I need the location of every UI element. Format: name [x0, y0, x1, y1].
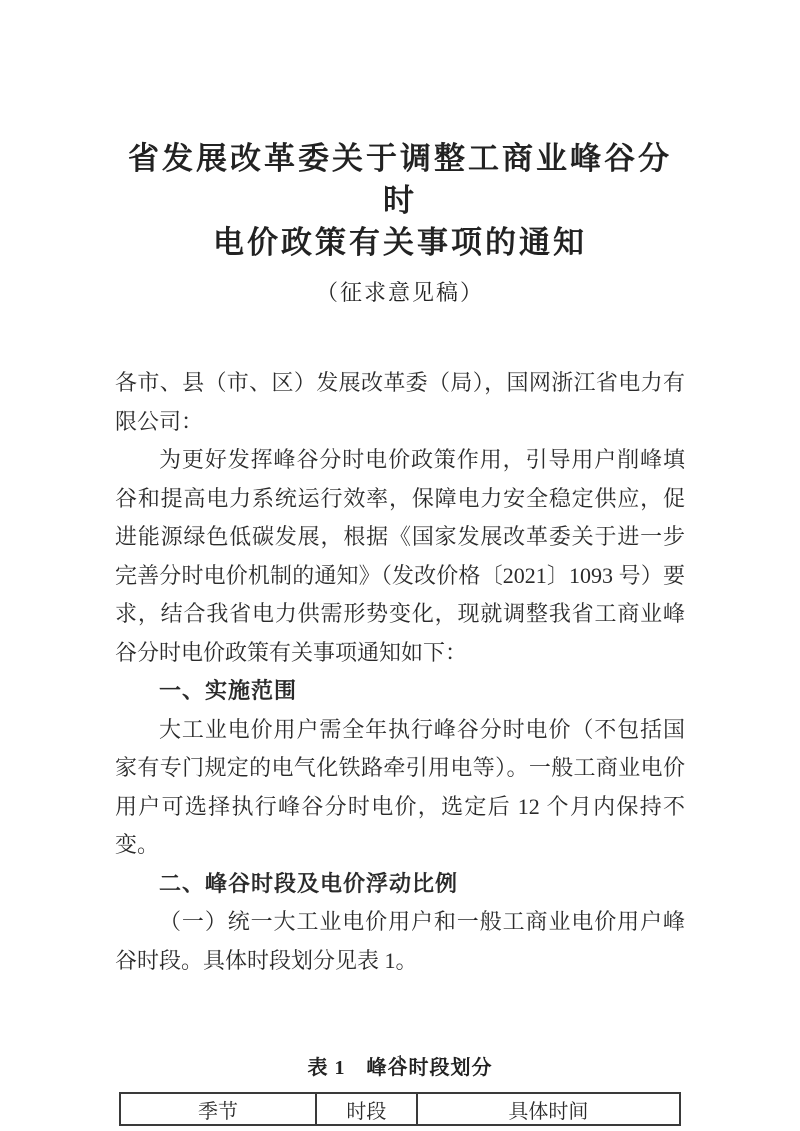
table-header-period: 时段 [316, 1093, 417, 1125]
title-line-2: 电价政策有关事项的通知 [115, 222, 685, 264]
salutation-line: 各市、县（市、区）发展改革委（局），国网浙江省电力有限公司： [115, 364, 685, 441]
table-header-season: 季节 [120, 1093, 316, 1125]
paragraph-periods: （一）统一大工业电价用户和一般工商业电价用户峰谷时段。具体时段划分见表 1。 [115, 903, 685, 980]
peak-valley-table: 季节 时段 具体时间 [119, 1092, 681, 1126]
paragraph-scope: 大工业电价用户需全年执行峰谷分时电价（不包括国家有专门规定的电气化铁路牵引用电等… [115, 711, 685, 865]
document-subtitle: （征求意见稿） [115, 280, 685, 306]
document-body: 各市、县（市、区）发展改革委（局），国网浙江省电力有限公司： 为更好发挥峰谷分时… [115, 364, 685, 980]
table-header-row: 季节 时段 具体时间 [120, 1093, 680, 1125]
page-number: 1 [0, 1051, 800, 1071]
document-title: 省发展改革委关于调整工商业峰谷分时 电价政策有关事项的通知 （征求意见稿） [115, 138, 685, 306]
section-heading-2: 二、峰谷时段及电价浮动比例 [115, 865, 685, 904]
section-heading-1: 一、实施范围 [115, 672, 685, 711]
document-content: 省发展改革委关于调整工商业峰谷分时 电价政策有关事项的通知 （征求意见稿） 各市… [0, 138, 800, 1126]
table-header-time: 具体时间 [417, 1093, 680, 1125]
paragraph-intro: 为更好发挥峰谷分时电价政策作用，引导用户削峰填谷和提高电力系统运行效率，保障电力… [115, 441, 685, 672]
title-line-1: 省发展改革委关于调整工商业峰谷分时 [115, 138, 685, 222]
document-page: 省发展改革委关于调整工商业峰谷分时 电价政策有关事项的通知 （征求意见稿） 各市… [0, 0, 800, 1131]
